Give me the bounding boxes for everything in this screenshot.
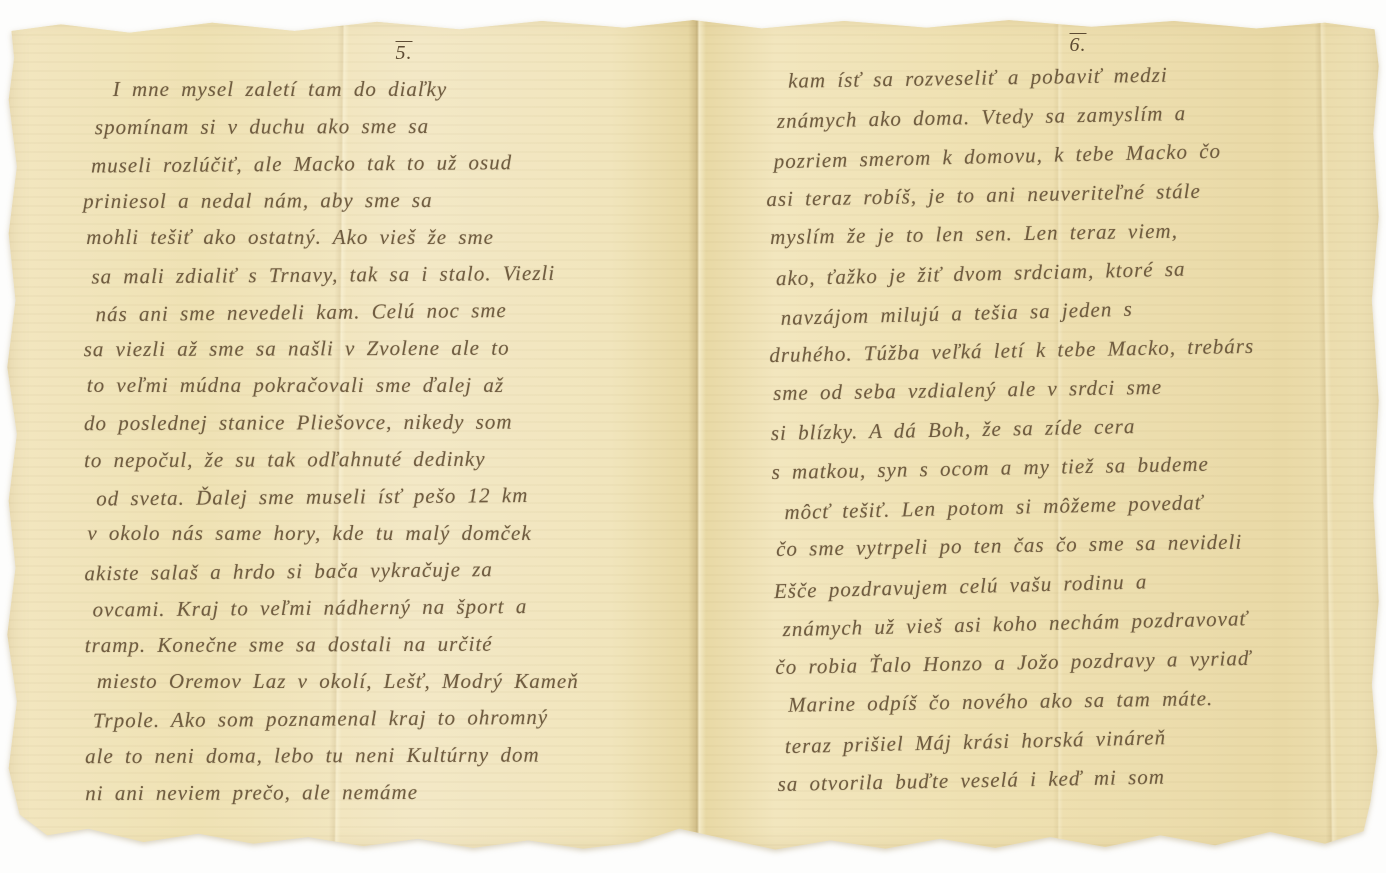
handwritten-line: miesto Oremov Laz v okolí, Lešť, Modrý K… bbox=[97, 663, 725, 700]
handwritten-line: spomínam si v duchu ako sme sa bbox=[95, 107, 723, 146]
handwritten-line: priniesol a nedal nám, aby sme sa bbox=[83, 181, 723, 220]
handwritten-line: tramp. Konečne sme sa dostali na určité bbox=[85, 625, 725, 664]
handwritten-line: to nepočul, že su tak odľahnuté dedinky bbox=[84, 440, 724, 479]
page-left-lines: I mne mysel zaletí tam do diaľkyspomínam… bbox=[83, 70, 726, 812]
letter-page-right: 6. kam ísť sa rozveseliť a pobaviť medzi… bbox=[778, 34, 1378, 804]
handwritten-line: to veľmi múdna pokračovali sme ďalej až bbox=[87, 367, 724, 404]
handwritten-line: akiste salaš a hrdo si bača vykračuje za bbox=[84, 549, 724, 593]
page-right-lines: kam ísť sa rozveseliť a pobaviť medzizná… bbox=[764, 52, 1378, 804]
handwritten-line: Trpole. Ako som poznamenal kraj to ohrom… bbox=[93, 698, 725, 740]
paper-sheet: 5. I mne mysel zaletí tam do diaľkyspomí… bbox=[6, 16, 1380, 852]
handwritten-line: ni ani neviem prečo, ale nemáme bbox=[85, 773, 725, 812]
letter-page-left: 5. I mne mysel zaletí tam do diaľkyspomí… bbox=[84, 42, 724, 811]
handwritten-line: sa viezli až sme sa našli v Zvolene ale … bbox=[84, 329, 724, 368]
handwritten-line: ovcami. Kraj to veľmi nádherný na šport … bbox=[92, 587, 724, 629]
handwritten-line: nás ani sme nevedeli kam. Celú noc sme bbox=[95, 290, 723, 334]
handwritten-line: museli rozlúčiť, ale Macko tak to už osu… bbox=[91, 143, 723, 185]
handwritten-line: mohli tešiť ako ostatný. Ako vieš že sme bbox=[86, 219, 723, 256]
handwritten-line: sa mali zdialiť s Trnavy, tak sa i stalo… bbox=[91, 254, 723, 296]
handwritten-line: I mne mysel zaletí tam do diaľky bbox=[113, 71, 723, 108]
handwritten-line: ale to neni doma, lebo tu neni Kultúrny … bbox=[85, 736, 725, 775]
letter-scan: 5. I mne mysel zaletí tam do diaľkyspomí… bbox=[0, 0, 1386, 873]
handwritten-line: od sveta. Ďalej sme museli ísť pešo 12 k… bbox=[96, 476, 724, 518]
handwritten-line: v okolo nás same hory, kde tu malý domče… bbox=[87, 515, 724, 552]
handwritten-line: do poslednej stanice Pliešovce, nikedy s… bbox=[84, 403, 724, 442]
letter-paper: 5. I mne mysel zaletí tam do diaľkyspomí… bbox=[6, 16, 1380, 852]
page-number-left: 5. bbox=[84, 42, 724, 65]
